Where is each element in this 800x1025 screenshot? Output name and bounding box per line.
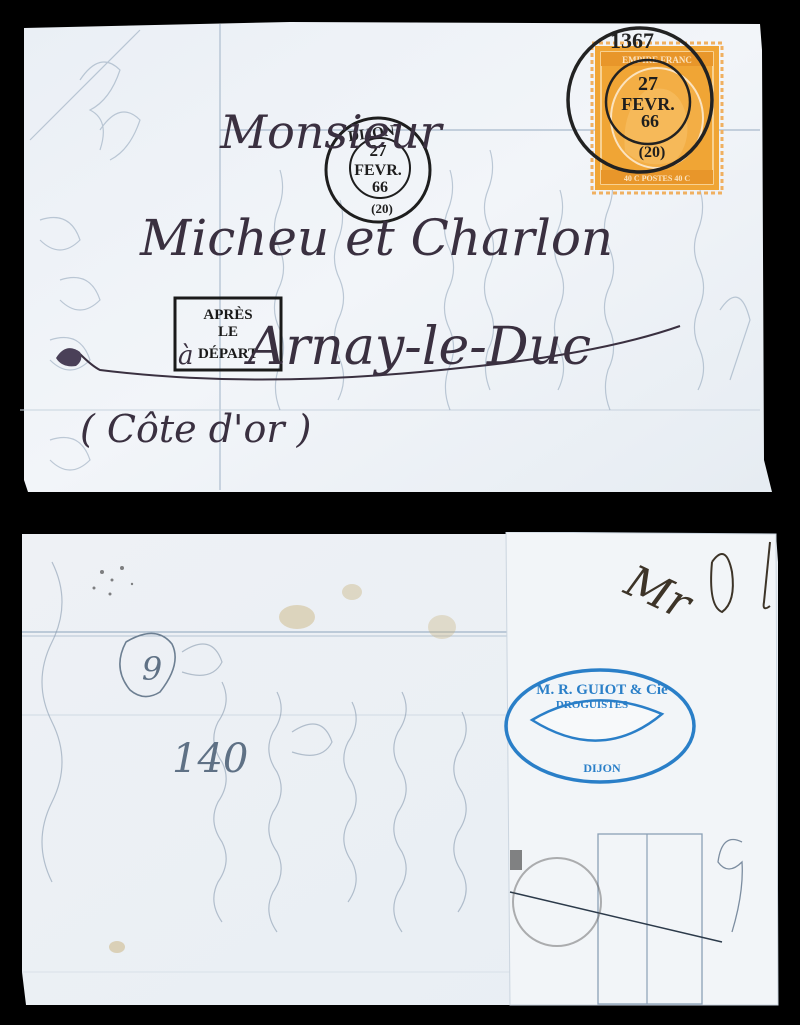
handstamp-line-3: DIJON [583,761,621,775]
address-town: Arnay-le-Duc [244,317,591,377]
cover-back-paper: 9 140 Mr M. R. GUIOT & Cie DROGUISTE [22,532,780,1007]
cover-front: EMPIRE FRANC 40 C POSTES 40 C 1367 27 FE… [20,20,780,493]
postmark-number: (20) [639,144,666,161]
handstamp-line-1: M. R. GUIOT & Cie [536,682,668,698]
postmark-top-text: 1367 [610,28,654,53]
stamp-bottom-label: 40 C POSTES 40 C [624,174,690,183]
pencil-number: 140 [172,736,248,782]
cover-front-paper: EMPIRE FRANC 40 C POSTES 40 C 1367 27 FE… [20,20,780,493]
cover-back: 9 140 Mr M. R. GUIOT & Cie DROGUISTE [22,532,780,1007]
postmark-dijon-month: FEVR. [354,162,402,179]
postmark-day: 27 [638,73,658,95]
postmark-dijon-year: 66 [372,179,388,196]
address-recipient: Micheu et Charlon [139,209,613,267]
envelope-flap: Mr [506,532,778,1005]
handstamp-line-2: DROGUISTES [556,699,628,711]
boxed-line-1: APRÈS [203,306,252,323]
address-prefix: à [178,341,194,371]
postmark-year: 66 [641,111,659,131]
pencil-circled-number: 9 [142,650,162,688]
address-department: ( Côte d'or ) [80,407,311,451]
boxed-line-2: LE [218,324,238,340]
address-salutation: Monsieur [219,105,445,159]
